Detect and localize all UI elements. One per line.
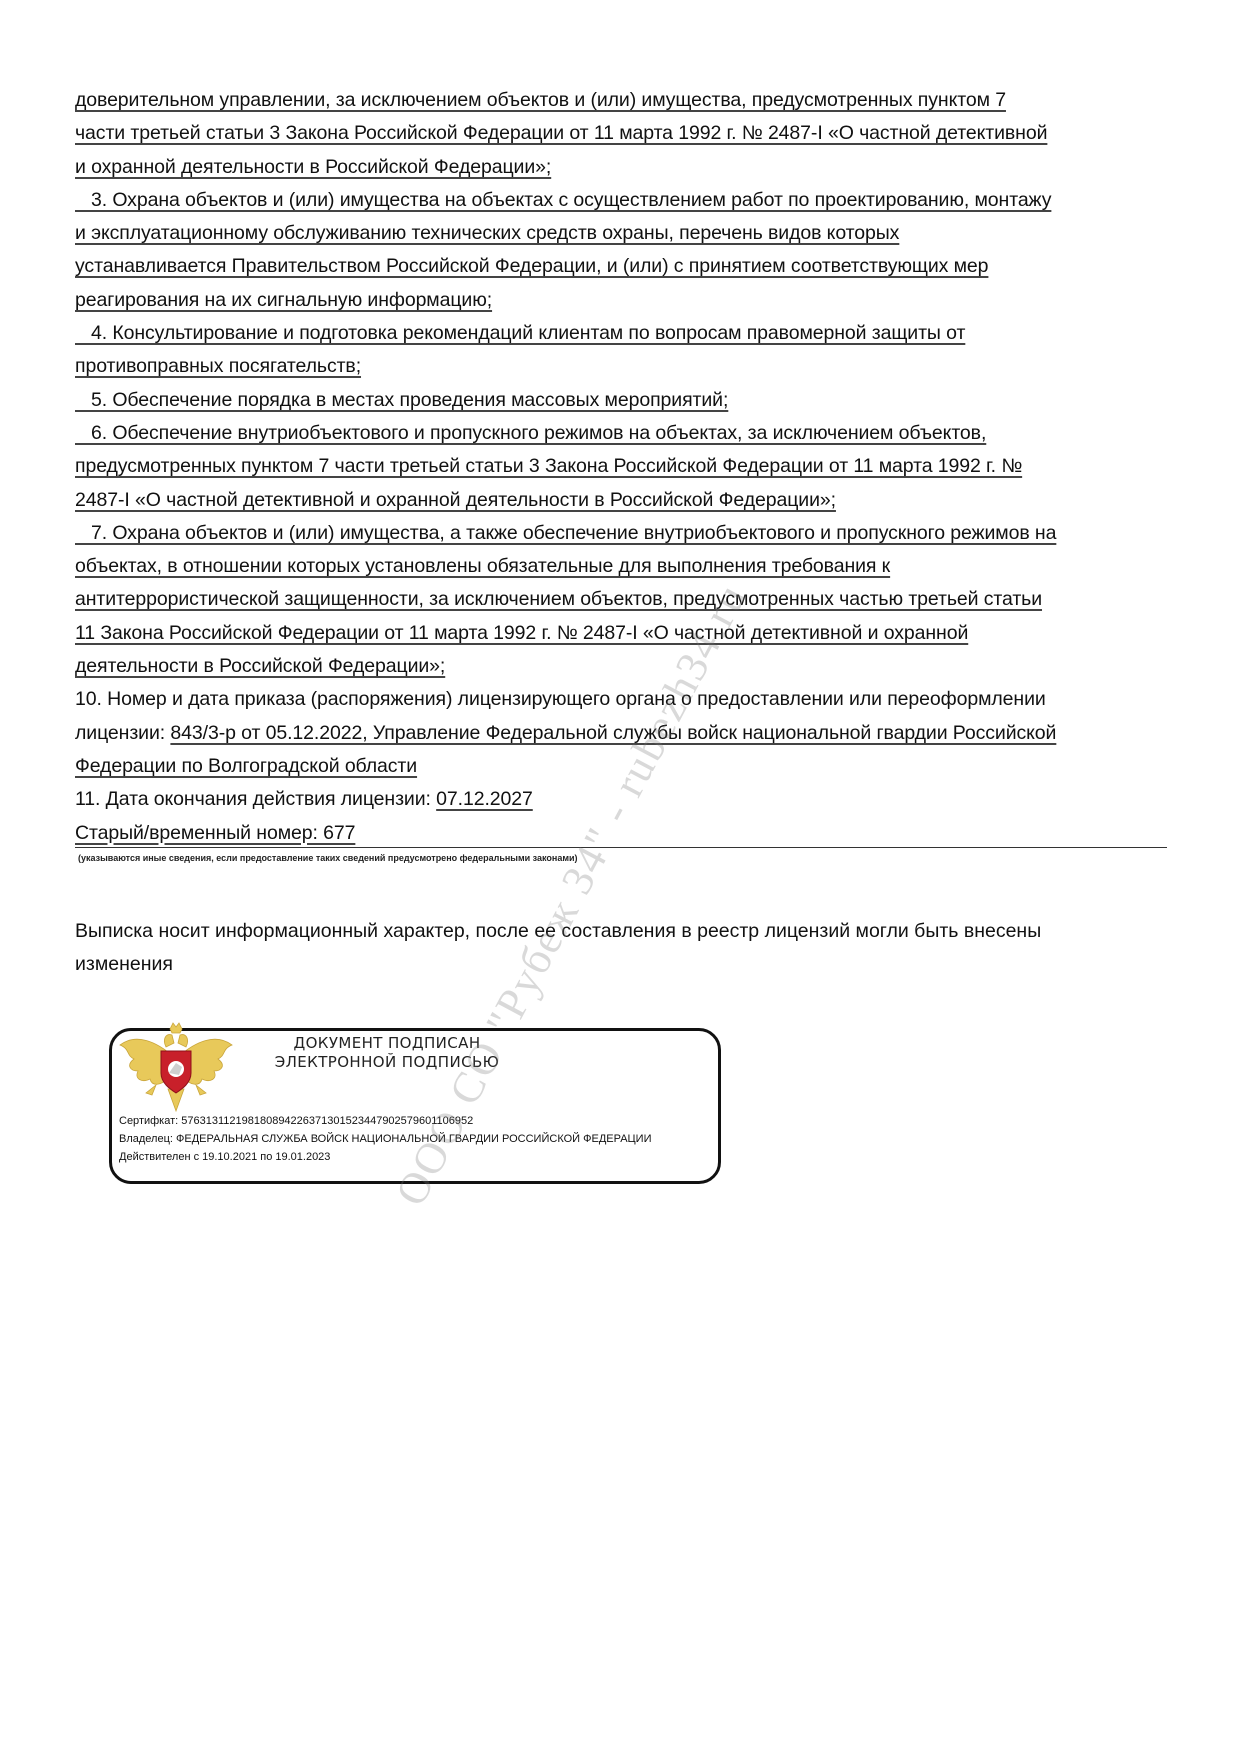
document-line: устанавливается Правительством Российско… — [75, 250, 1175, 283]
document-line: 3. Охрана объектов и (или) имущества на … — [75, 184, 1175, 217]
document-line: доверительном управлении, за исключением… — [75, 84, 1175, 117]
line-text: предусмотренных пунктом 7 части третьей … — [75, 455, 1022, 477]
line-text: 3. Охрана объектов и (или) имущества на … — [75, 189, 1051, 211]
line-text: реагирования на их сигнальную информацию… — [75, 289, 492, 311]
disclaimer-line: изменения — [75, 948, 1175, 981]
stamp-title-line: ЭЛЕКТРОННОЙ ПОДПИСЬЮ — [252, 1053, 522, 1072]
rosgvardia-eagle-emblem-icon — [116, 1021, 236, 1113]
old-number: Старый/временный номер: 677 — [75, 817, 1175, 850]
separator-line — [75, 847, 1167, 848]
disclaimer: Выписка носит информационный характер, п… — [75, 915, 1175, 981]
line-text: 2487-I «О частной детективной и охранной… — [75, 489, 836, 511]
document-line: и эксплуатационному обслуживанию техниче… — [75, 217, 1175, 250]
document-line: части третьей статьи 3 Закона Российской… — [75, 117, 1175, 150]
line-text: противоправных посягательств; — [75, 355, 361, 377]
item-label: 11. Дата окончания действия лицензии: — [75, 788, 436, 810]
document-line: антитеррористической защищенности, за ис… — [75, 583, 1175, 616]
line-text: 6. Обеспечение внутриобъектового и пропу… — [75, 422, 986, 444]
document-line: объектах, в отношении которых установлен… — [75, 550, 1175, 583]
document-line: 5. Обеспечение порядка в местах проведен… — [75, 384, 1175, 417]
license-extract-body: доверительном управлении, за исключением… — [75, 84, 1175, 850]
document-line: и охранной деятельности в Российской Фед… — [75, 151, 1175, 184]
footnote: (указываются иные сведения, если предост… — [78, 852, 578, 864]
disclaimer-line: Выписка носит информационный характер, п… — [75, 915, 1175, 948]
line-text: 5. Обеспечение порядка в местах проведен… — [75, 389, 728, 411]
line-text: антитеррористической защищенности, за ис… — [75, 588, 1042, 610]
order-details-value: Федерации по Волгоградской области — [75, 755, 417, 777]
line-text: деятельности в Российской Федерации»; — [75, 655, 445, 677]
order-details-value: 843/3-р от 05.12.2022, Управление Федера… — [170, 722, 1056, 744]
document-line: 11 Закона Российской Федерации от 11 мар… — [75, 617, 1175, 650]
item-label: 10. Номер и дата приказа (распоряжения) … — [75, 688, 1046, 710]
item-label: лицензии: — [75, 722, 170, 744]
line-text: доверительном управлении, за исключением… — [75, 89, 1006, 111]
document-page: доверительном управлении, за исключением… — [0, 0, 1240, 1755]
line-text: 4. Консультирование и подготовка рекомен… — [75, 322, 965, 344]
expiry-date-value: 07.12.2027 — [436, 788, 533, 810]
line-text: устанавливается Правительством Российско… — [75, 255, 988, 277]
line-text: 7. Охрана объектов и (или) имущества, а … — [75, 522, 1056, 544]
line-text: и эксплуатационному обслуживанию техниче… — [75, 222, 899, 244]
document-line: противоправных посягательств; — [75, 350, 1175, 383]
item-10-value: Федерации по Волгоградской области — [75, 750, 1175, 783]
line-text: объектах, в отношении которых установлен… — [75, 555, 890, 577]
stamp-title-line: ДОКУМЕНТ ПОДПИСАН — [252, 1034, 522, 1053]
stamp-title: ДОКУМЕНТ ПОДПИСАН ЭЛЕКТРОННОЙ ПОДПИСЬЮ — [252, 1034, 522, 1072]
line-text: и охранной деятельности в Российской Фед… — [75, 156, 551, 178]
certificate-owner: Владелец: ФЕДЕРАЛЬНАЯ СЛУЖБА ВОЙСК НАЦИО… — [119, 1130, 652, 1148]
item-10-label: 10. Номер и дата приказа (распоряжения) … — [75, 683, 1175, 716]
old-number-value: Старый/временный номер: 677 — [75, 822, 355, 844]
item-11: 11. Дата окончания действия лицензии: 07… — [75, 783, 1175, 816]
document-line: 4. Консультирование и подготовка рекомен… — [75, 317, 1175, 350]
document-line: 2487-I «О частной детективной и охранной… — [75, 484, 1175, 517]
item-10-value: лицензии: 843/3-р от 05.12.2022, Управле… — [75, 717, 1175, 750]
line-text: части третьей статьи 3 Закона Российской… — [75, 122, 1047, 144]
certificate-validity: Действителен с 19.10.2021 по 19.01.2023 — [119, 1148, 652, 1166]
electronic-signature-stamp: ДОКУМЕНТ ПОДПИСАН ЭЛЕКТРОННОЙ ПОДПИСЬЮ С… — [109, 1028, 721, 1184]
document-line: деятельности в Российской Федерации»; — [75, 650, 1175, 683]
certificate-number: Сертифкат: 57631311219818089422637130152… — [119, 1112, 652, 1130]
line-text: 11 Закона Российской Федерации от 11 мар… — [75, 622, 968, 644]
stamp-details: Сертифкат: 57631311219818089422637130152… — [119, 1112, 652, 1166]
document-line: 6. Обеспечение внутриобъектового и пропу… — [75, 417, 1175, 450]
document-line: 7. Охрана объектов и (или) имущества, а … — [75, 517, 1175, 550]
document-line: предусмотренных пунктом 7 части третьей … — [75, 450, 1175, 483]
document-line: реагирования на их сигнальную информацию… — [75, 284, 1175, 317]
